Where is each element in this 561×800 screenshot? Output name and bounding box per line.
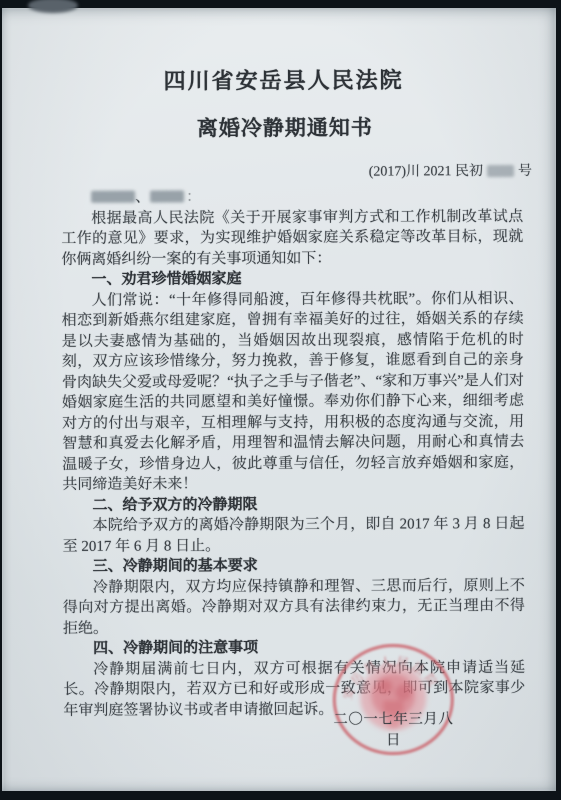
document-title: 离婚冷静期通知书 bbox=[2, 111, 555, 143]
section-2-body: 本院给予双方的离婚冷静期限为三个月，即自 2017 年 3 月 8 日起至 20… bbox=[63, 514, 525, 557]
notice-sheet: 四川省安岳县人民法院 离婚冷静期通知书 (2017)川 2021 民初号 、： … bbox=[2, 8, 556, 791]
section-3-heading: 三、冷静期间的基本要求 bbox=[63, 555, 525, 578]
case-number-suffix: 号 bbox=[518, 164, 532, 179]
case-number-line: (2017)川 2021 民初号 bbox=[2, 160, 555, 182]
notice-paper: 四川省安岳县人民法院 离婚冷静期通知书 (2017)川 2021 民初号 、： … bbox=[2, 8, 556, 791]
section-4-heading: 四、冷静期间的注意事项 bbox=[63, 637, 525, 660]
issue-date: 二〇一七年三月八日 bbox=[326, 707, 460, 750]
case-number-prefix: (2017)川 2021 民初 bbox=[369, 164, 483, 179]
section-1-heading: 一、劝君珍惜婚姻家庭 bbox=[61, 268, 523, 291]
redacted-addressee-2 bbox=[150, 190, 184, 202]
addressee-separator: 、 bbox=[135, 190, 150, 206]
section-3-body: 冷静期限内，双方均应保持镇静和理智、三思而后行，原则上不得向对方提出离婚。冷静期… bbox=[63, 575, 525, 639]
notice-body: 、： 根据最高人民法院《关于开展家事审判方式和工作机制改革试点工作的意见》要求，… bbox=[2, 186, 556, 721]
addressee-colon: ： bbox=[186, 189, 201, 205]
section-2-heading: 二、给予双方的冷静期限 bbox=[62, 493, 524, 516]
photo-of-court-notice: { "photo": { "paper_color": "#e2e7ea", "… bbox=[0, 0, 561, 800]
intro-paragraph: 根据最高人民法院《关于开展家事审判方式和工作机制改革试点工作的意见》要求，为实现… bbox=[61, 206, 523, 270]
redacted-case-number bbox=[487, 165, 514, 177]
redacted-addressee-1 bbox=[91, 191, 135, 203]
addressee-line: 、： bbox=[61, 186, 523, 209]
section-1-body: 人们常说：“十年修得同船渡，百年修得共枕眠”。你们从相识、相恋到新婚燕尔组建家庭… bbox=[62, 288, 525, 495]
court-name-title: 四川省安岳县人民法院 bbox=[2, 63, 555, 96]
